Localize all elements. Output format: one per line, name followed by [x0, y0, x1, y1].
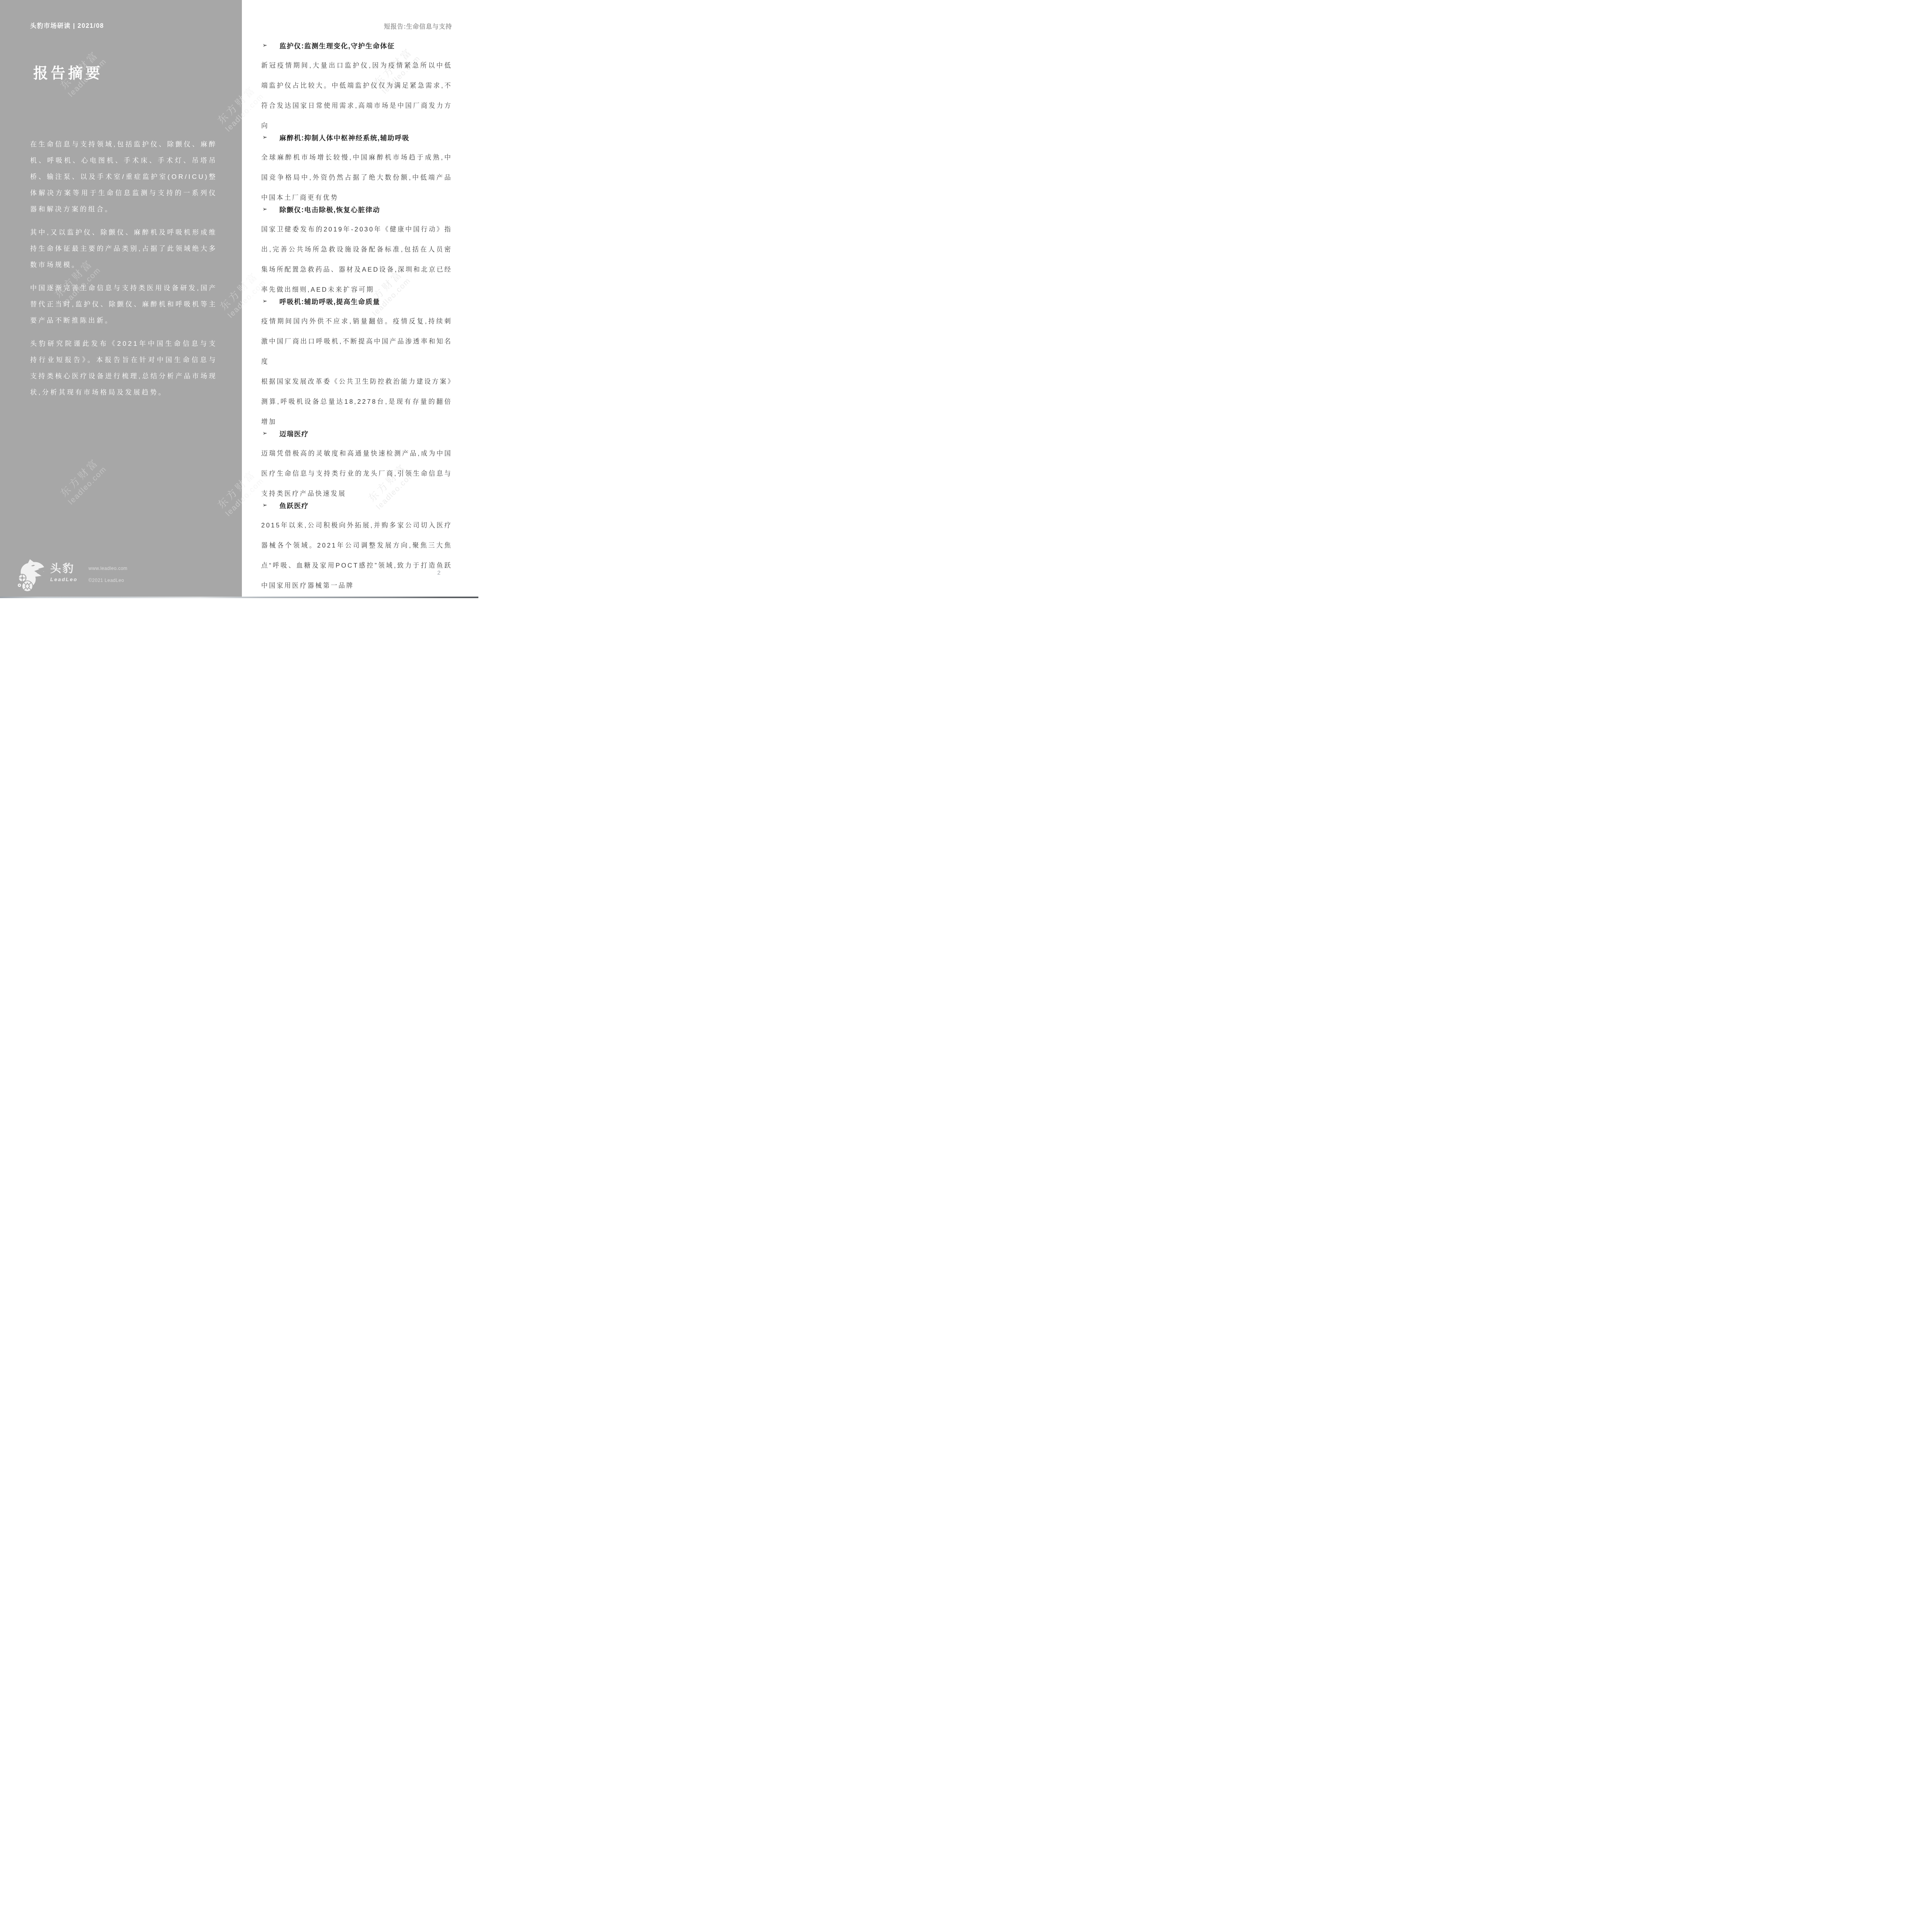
report-content: 短报告:生命信息与支持 ➢ 监护仪:监测生理变化,守护生命体征 新冠疫情期间,大… — [242, 0, 478, 598]
report-section: ➢ 除颤仪:电击除极,恢复心脏律动 国家卫健委发布的2019年-2030年《健康… — [261, 199, 452, 300]
report-section: ➢ 鱼跃医疗 2015年以来,公司积极向外拓展,并购多家公司切入医疗器械各个领域… — [261, 495, 452, 596]
arrow-bullet-icon: ➢ — [261, 199, 279, 219]
section-heading: 迈瑞医疗 — [279, 429, 309, 439]
section-heading: 除颤仪:电击除极,恢复心脏律动 — [279, 205, 380, 214]
section-heading: 监护仪:监测生理变化,守护生命体征 — [279, 41, 395, 51]
brand-name-en: LeadLeo — [50, 577, 78, 582]
summary-paragraphs: 在生命信息与支持领域,包括监护仪、除颤仪、麻醉机、呼吸机、心电图机、手术床、手术… — [30, 136, 217, 408]
section-heading: 麻醉机:抑制人体中枢神经系统,辅助呼吸 — [279, 133, 410, 143]
report-section: ➢ 监护仪:监测生理变化,守护生命体征 新冠疫情期间,大量出口监护仪,因为疫情紧… — [261, 36, 452, 136]
section-paragraph: 国家卫健委发布的2019年-2030年《健康中国行动》指出,完善公共场所急救设施… — [261, 219, 452, 300]
report-section: ➢ 迈瑞医疗 迈瑞凭借极高的灵敏度和高通量快速检测产品,成为中国医疗生命信息与支… — [261, 423, 452, 504]
website-url: www.leadleo.com — [88, 566, 128, 571]
section-paragraph: 2015年以来,公司积极向外拓展,并购多家公司切入医疗器械各个领域。2021年公… — [261, 515, 452, 596]
summary-paragraph: 头豹研究院谨此发布《2021年中国生命信息与支持行业短报告》。本报告旨在针对中国… — [30, 336, 217, 401]
section-paragraph: 新冠疫情期间,大量出口监护仪,因为疫情紧急所以中低端监护仪占比较大。中低端监护仪… — [261, 56, 452, 136]
section-heading: 呼吸机:辅助呼吸,提高生命质量 — [279, 297, 380, 306]
summary-paragraph: 在生命信息与支持领域,包括监护仪、除颤仪、麻醉机、呼吸机、心电图机、手术床、手术… — [30, 136, 217, 218]
summary-paragraph: 中国逐渐完善生命信息与支持类医用设备研发,国产替代正当时,监护仪、除颤仪、麻醉机… — [30, 280, 217, 329]
arrow-bullet-icon: ➢ — [261, 495, 279, 515]
summary-sidebar: 头豹市场研读 | 2021/08 报告摘要 在生命信息与支持领域,包括监护仪、除… — [0, 0, 242, 598]
page-number: 2 — [437, 570, 440, 576]
page-title: 报告摘要 — [33, 61, 103, 82]
leadleo-leopard-icon — [15, 558, 46, 594]
report-section: ➢ 麻醉机:抑制人体中枢神经系统,辅助呼吸 全球麻醉机市场增长较慢,中国麻醉机市… — [261, 128, 452, 208]
report-subtitle-header: 短报告:生命信息与支持 — [384, 22, 452, 31]
arrow-bullet-icon: ➢ — [261, 128, 279, 148]
arrow-bullet-icon: ➢ — [261, 291, 279, 311]
section-paragraph: 根据国家发展改革委《公共卫生防控救治能力建设方案》测算,呼吸机设备总量达18,2… — [261, 372, 452, 432]
section-paragraph: 迈瑞凭借极高的灵敏度和高通量快速检测产品,成为中国医疗生命信息与支持类行业的龙头… — [261, 444, 452, 504]
bottom-edge-strip — [0, 597, 478, 598]
section-paragraph: 全球麻醉机市场增长较慢,中国麻醉机市场趋于成熟,中国竞争格局中,外资仍然占据了绝… — [261, 148, 452, 208]
arrow-bullet-icon: ➢ — [261, 423, 279, 444]
report-page: 头豹市场研读 | 2021/08 报告摘要 在生命信息与支持领域,包括监护仪、除… — [0, 0, 478, 598]
report-series-header: 头豹市场研读 | 2021/08 — [30, 21, 104, 30]
brand-name-cn: 头豹 — [50, 563, 78, 575]
report-section: ➢ 呼吸机:辅助呼吸,提高生命质量 疫情期间国内外供不应求,销量翻倍。疫情反复,… — [261, 291, 452, 432]
brand-contact-block: www.leadleo.com ©2021 LeadLeo — [88, 558, 128, 594]
brand-footer: 头豹 LeadLeo www.leadleo.com ©2021 LeadLeo — [15, 558, 128, 594]
summary-sections: ➢ 监护仪:监测生理变化,守护生命体征 新冠疫情期间,大量出口监护仪,因为疫情紧… — [261, 36, 452, 596]
copyright-text: ©2021 LeadLeo — [88, 578, 128, 583]
section-paragraph: 疫情期间国内外供不应求,销量翻倍。疫情反复,持续刺激中国厂商出口呼吸机,不断提高… — [261, 311, 452, 372]
section-heading: 鱼跃医疗 — [279, 501, 309, 510]
brand-name-block: 头豹 LeadLeo — [50, 558, 78, 594]
arrow-bullet-icon: ➢ — [261, 36, 279, 56]
summary-paragraph: 其中,又以监护仪、除颤仪、麻醉机及呼吸机形成维持生命体征最主要的产品类别,占据了… — [30, 224, 217, 273]
